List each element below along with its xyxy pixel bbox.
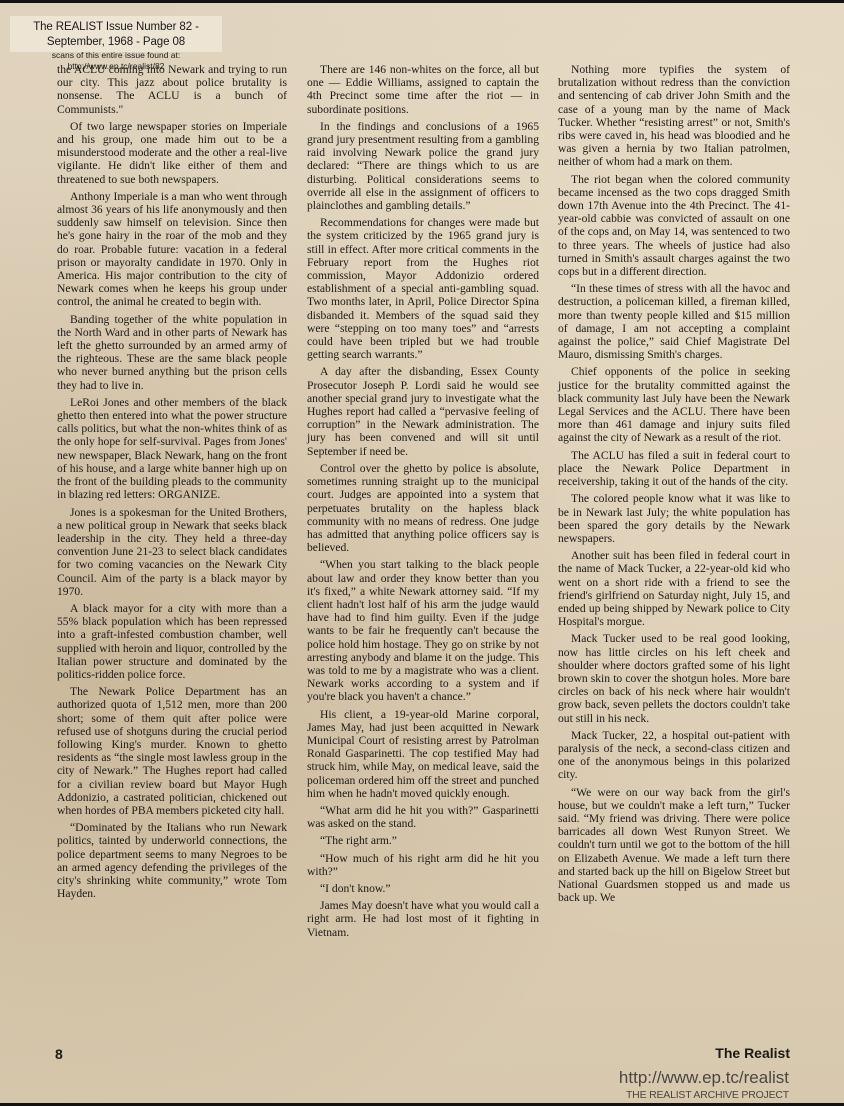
article-paragraph: His client, a 19-year-old Marine corpora… <box>307 708 539 800</box>
article-paragraph: “How much of his right arm did he hit yo… <box>307 852 539 878</box>
article-paragraph: Mack Tucker, 22, a hospital out-patient … <box>558 729 790 782</box>
archive-project-name: THE REALIST ARCHIVE PROJECT <box>626 1089 789 1101</box>
article-paragraph: Jones is a spokesman for the United Brot… <box>57 506 287 598</box>
article-paragraph: “Dominated by the Italians who run Newar… <box>57 821 287 900</box>
article-paragraph: The riot began when the colored communit… <box>558 173 790 279</box>
article-column-1: the ACLU coming into Newark and trying t… <box>57 63 287 904</box>
article-paragraph: Another suit has been filed in federal c… <box>558 549 790 628</box>
archive-url-link[interactable]: http://www.ep.tc/realist <box>619 1068 789 1088</box>
article-paragraph: Of two large newspaper stories on Imperi… <box>57 120 287 186</box>
issue-title: The REALIST Issue Number 82 - September,… <box>10 20 222 50</box>
article-paragraph: “The right arm.” <box>307 834 539 847</box>
article-paragraph: Nothing more typifies the system of brut… <box>558 63 790 169</box>
article-paragraph: the ACLU coming into Newark and trying t… <box>57 63 287 116</box>
article-paragraph: LeRoi Jones and other members of the bla… <box>57 396 287 502</box>
article-paragraph: Anthony Imperiale is a man who went thro… <box>57 190 287 309</box>
magazine-page: The REALIST Issue Number 82 - September,… <box>0 0 844 1106</box>
article-paragraph: There are 146 non-whites on the force, a… <box>307 63 539 116</box>
article-paragraph: James May doesn't have what you would ca… <box>307 899 539 939</box>
article-paragraph: A day after the disbanding, Essex County… <box>307 365 539 457</box>
article-column-2: There are 146 non-whites on the force, a… <box>307 63 539 943</box>
article-paragraph: Control over the ghetto by police is abs… <box>307 462 539 554</box>
page-number: 8 <box>55 1046 63 1062</box>
article-paragraph: “We were on our way back from the girl's… <box>558 786 790 905</box>
article-paragraph: “In these times of stress with all the h… <box>558 282 790 361</box>
article-paragraph: The colored people know what it was like… <box>558 492 790 545</box>
article-paragraph: Recommendations for changes were made bu… <box>307 216 539 361</box>
article-paragraph: A black mayor for a city with more than … <box>57 602 287 681</box>
publication-masthead: The Realist <box>715 1045 790 1061</box>
article-paragraph: “I don't know.” <box>307 882 539 895</box>
article-paragraph: Banding together of the white population… <box>57 313 287 392</box>
article-paragraph: In the findings and conclusions of a 196… <box>307 120 539 212</box>
article-paragraph: The Newark Police Department has an auth… <box>57 685 287 817</box>
article-paragraph: “What arm did he hit you with?” Gasparin… <box>307 804 539 830</box>
article-paragraph: “When you start talking to the black peo… <box>307 558 539 703</box>
article-paragraph: The ACLU has filed a suit in federal cou… <box>558 449 790 489</box>
article-column-3: Nothing more typifies the system of brut… <box>558 63 790 908</box>
article-paragraph: Chief opponents of the police in seeking… <box>558 365 790 444</box>
article-paragraph: Mack Tucker used to be real good looking… <box>558 632 790 724</box>
scan-header-label: The REALIST Issue Number 82 - September,… <box>10 16 222 52</box>
